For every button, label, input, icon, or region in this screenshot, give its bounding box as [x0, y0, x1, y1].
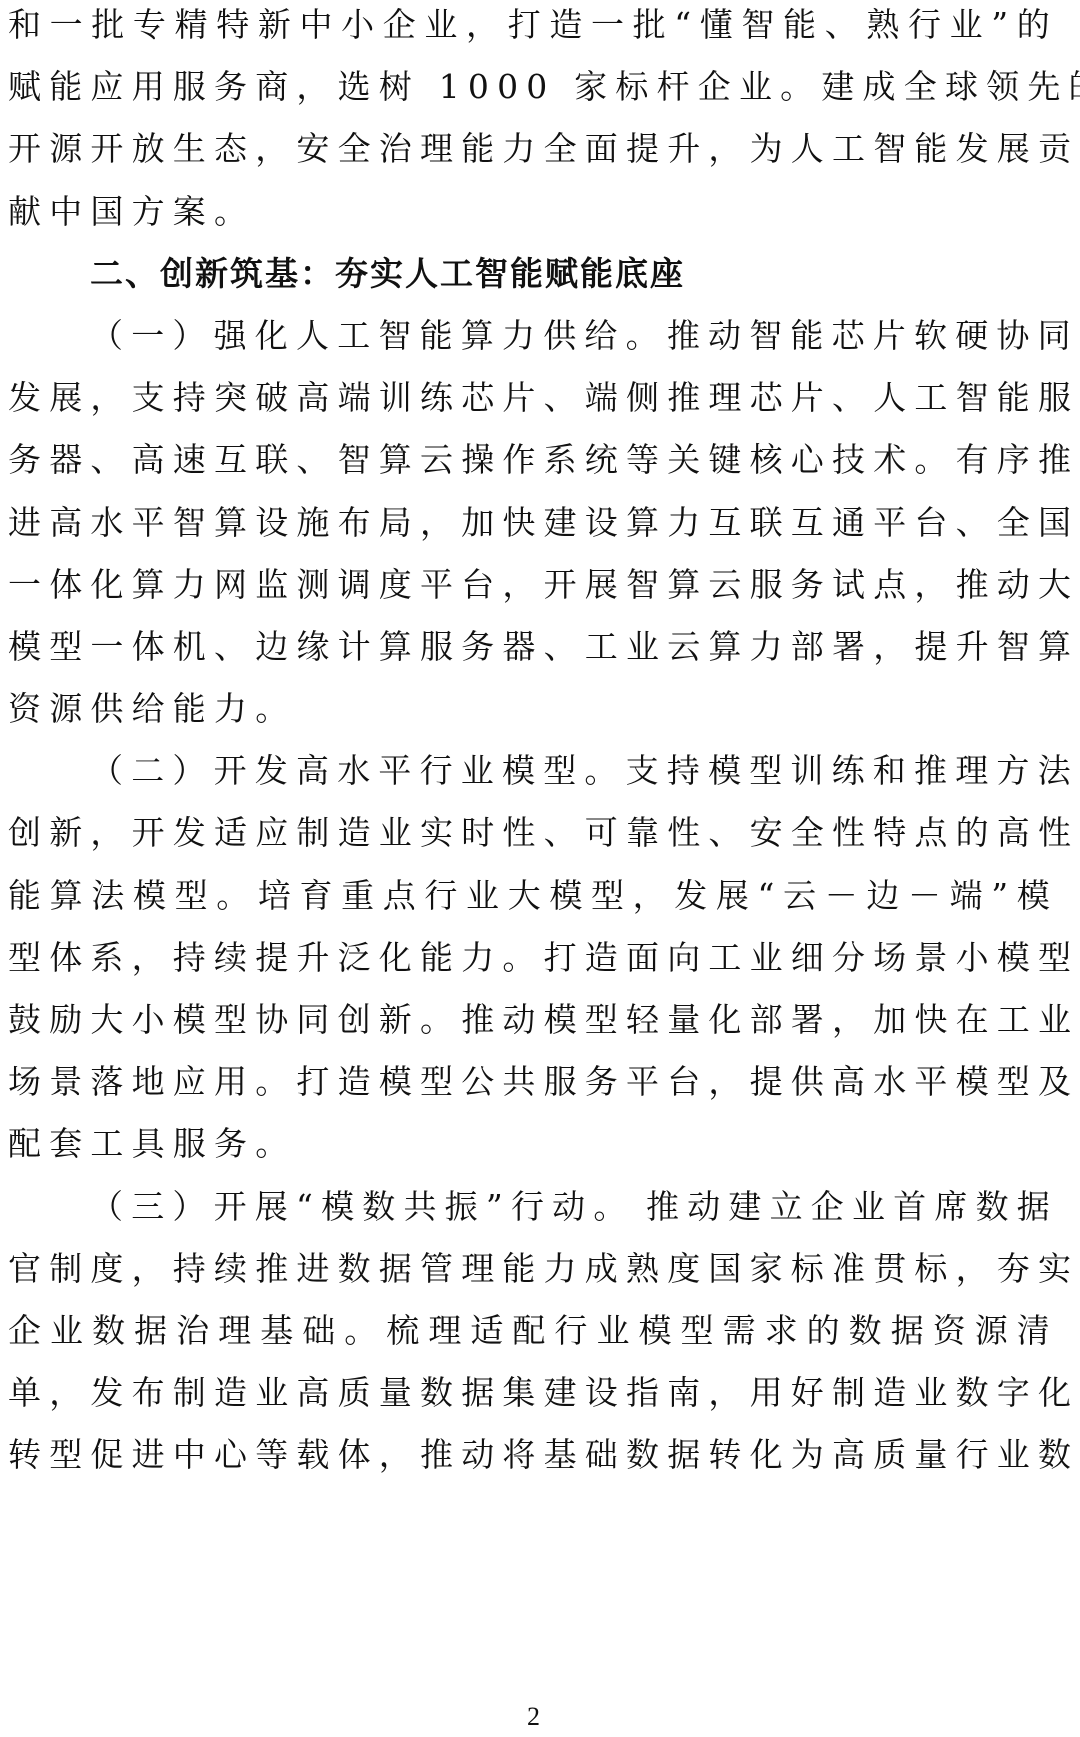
paragraph-text: 创新，开发适应制造业实时性、可靠性、安全性特点的高性 — [8, 802, 1058, 864]
paragraph-text: 进高水平智算设施布局，加快建设算力互联互通平台、全国 — [8, 492, 1058, 554]
text-line: 发展，支持突破高端训练芯片、端侧推理芯片、人工智能服 — [8, 367, 1058, 429]
text-line: 创新，开发适应制造业实时性、可靠性、安全性特点的高性 — [8, 802, 1058, 864]
text-line: 企业数据治理基础。梳理适配行业模型需求的数据资源清 — [8, 1300, 1058, 1362]
paragraph-text: 一体化算力网监测调度平台，开展智算云服务试点，推动大 — [8, 554, 1058, 616]
paragraph-text: 赋能应用服务商，选树 1000 家标杆企业。建成全球领先的 — [8, 56, 1058, 118]
text-line: 献中国方案。 — [8, 181, 1058, 243]
text-line: 能算法模型。培育重点行业大模型，发展“云－边－端”模 — [8, 865, 1058, 927]
paragraph-text: 配套工具服务。 — [8, 1113, 296, 1175]
paragraph-text: 单，发布制造业高质量数据集建设指南，用好制造业数字化 — [8, 1362, 1058, 1424]
subsection-label: （三）开展“模数共振”行动。 — [90, 1176, 635, 1238]
paragraph-text: 和一批专精特新中小企业，打造一批“懂智能、熟行业”的 — [8, 0, 1058, 56]
text-line: 鼓励大小模型协同创新。推动模型轻量化部署，加快在工业 — [8, 989, 1058, 1051]
page-number: 2 — [527, 1702, 540, 1732]
subsection-first-line: （二）开发高水平行业模型。 支持模型训练和推理方法 — [8, 740, 1058, 802]
subsection-first-line: （三）开展“模数共振”行动。 推动建立企业首席数据 — [8, 1176, 1058, 1238]
text-line: 一体化算力网监测调度平台，开展智算云服务试点，推动大 — [8, 554, 1058, 616]
text-line: 场景落地应用。打造模型公共服务平台，提供高水平模型及 — [8, 1051, 1058, 1113]
text-line: 单，发布制造业高质量数据集建设指南，用好制造业数字化 — [8, 1362, 1058, 1424]
section-heading-line: 二、创新筑基：夯实人工智能赋能底座 — [8, 243, 1058, 305]
paragraph-text: 推动智能芯片软硬协同 — [667, 305, 1079, 367]
text-line: 转型促进中心等载体，推动将基础数据转化为高质量行业数 — [8, 1424, 1058, 1486]
subsection-first-line: （一）强化人工智能算力供给。 推动智能芯片软硬协同 — [8, 305, 1058, 367]
paragraph-text: 企业数据治理基础。梳理适配行业模型需求的数据资源清 — [8, 1300, 1058, 1362]
paragraph-text: 模型一体机、边缘计算服务器、工业云算力部署，提升智算 — [8, 616, 1058, 678]
text-line: 和一批专精特新中小企业，打造一批“懂智能、熟行业”的 — [8, 0, 1058, 56]
text-line: 赋能应用服务商，选树 1000 家标杆企业。建成全球领先的 — [8, 56, 1058, 118]
text-line: 务器、高速互联、智算云操作系统等关键核心技术。有序推 — [8, 429, 1058, 491]
paragraph-text: 能算法模型。培育重点行业大模型，发展“云－边－端”模 — [8, 865, 1058, 927]
paragraph-text: 资源供给能力。 — [8, 678, 296, 740]
text-line: 进高水平智算设施布局，加快建设算力互联互通平台、全国 — [8, 492, 1058, 554]
paragraph-text: 发展，支持突破高端训练芯片、端侧推理芯片、人工智能服 — [8, 367, 1058, 429]
paragraph-text: 务器、高速互联、智算云操作系统等关键核心技术。有序推 — [8, 429, 1058, 491]
text-line: 资源供给能力。 — [8, 678, 1058, 740]
text-line: 官制度，持续推进数据管理能力成熟度国家标准贯标，夯实 — [8, 1238, 1058, 1300]
document-body: 和一批专精特新中小企业，打造一批“懂智能、熟行业”的 赋能应用服务商，选树 10… — [8, 0, 1058, 1487]
text-line: 模型一体机、边缘计算服务器、工业云算力部署，提升智算 — [8, 616, 1058, 678]
subsection-label: （一）强化人工智能算力供给。 — [90, 305, 667, 367]
paragraph-text: 转型促进中心等载体，推动将基础数据转化为高质量行业数 — [8, 1424, 1058, 1486]
paragraph-text: 献中国方案。 — [8, 181, 255, 243]
paragraph-text: 支持模型训练和推理方法 — [626, 740, 1079, 802]
text-line: 配套工具服务。 — [8, 1113, 1058, 1175]
document-page: 和一批专精特新中小企业，打造一批“懂智能、熟行业”的 赋能应用服务商，选树 10… — [0, 0, 1080, 1737]
paragraph-text: 鼓励大小模型协同创新。推动模型轻量化部署，加快在工业 — [8, 989, 1058, 1051]
paragraph-text: 开源开放生态，安全治理能力全面提升，为人工智能发展贡 — [8, 118, 1058, 180]
paragraph-text: 官制度，持续推进数据管理能力成熟度国家标准贯标，夯实 — [8, 1238, 1058, 1300]
section-heading: 二、创新筑基：夯实人工智能赋能底座 — [90, 243, 685, 305]
text-line: 型体系，持续提升泛化能力。打造面向工业细分场景小模型， — [8, 927, 1058, 989]
subsection-label: （二）开发高水平行业模型。 — [90, 740, 626, 802]
text-line: 开源开放生态，安全治理能力全面提升，为人工智能发展贡 — [8, 118, 1058, 180]
paragraph-text: 型体系，持续提升泛化能力。打造面向工业细分场景小模型， — [8, 927, 1058, 989]
paragraph-text: 推动建立企业首席数据 — [646, 1176, 1058, 1238]
paragraph-text: 场景落地应用。打造模型公共服务平台，提供高水平模型及 — [8, 1051, 1058, 1113]
